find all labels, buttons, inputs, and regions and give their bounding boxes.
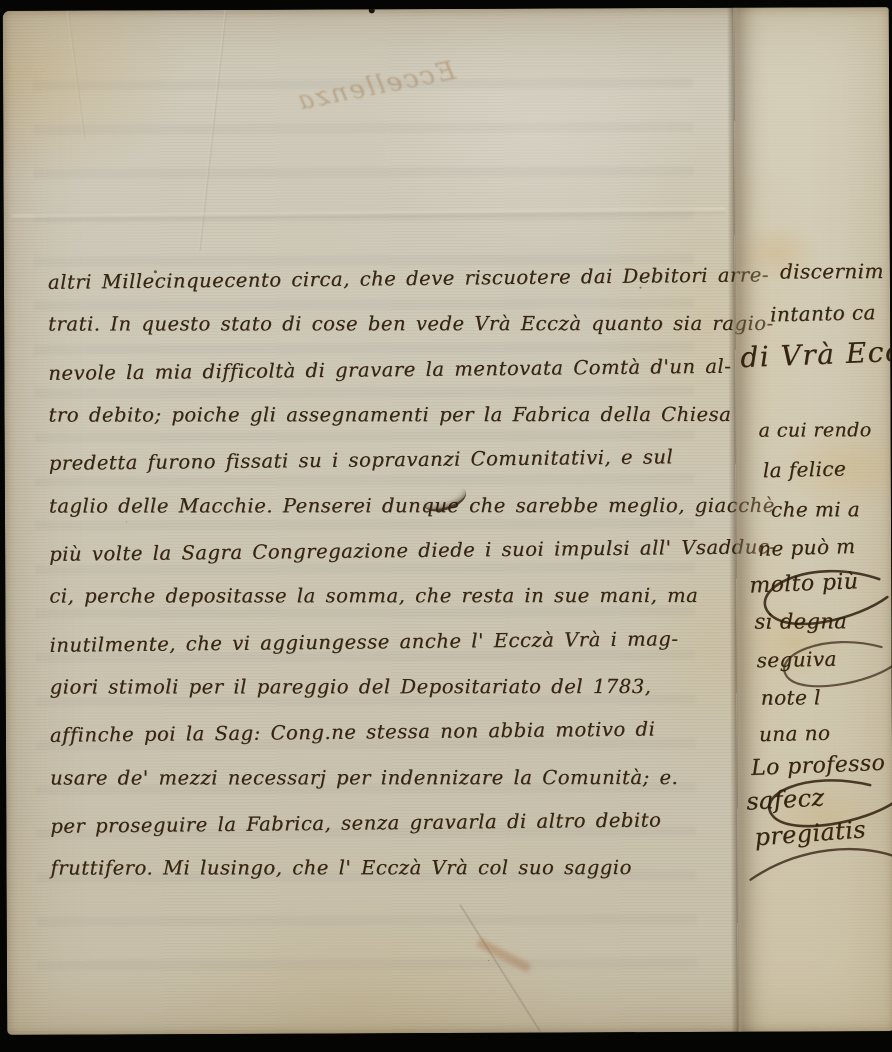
paper-edge-notch	[369, 7, 375, 13]
manuscript-line: fruttifero. Mi lusingo, che l' Ecczà Vrà…	[50, 845, 740, 891]
manuscript-line: trati. In questo stato di cose ben vede …	[48, 301, 738, 347]
manuscript-line: la felice	[763, 457, 847, 483]
manuscript-line: usare de' mezzi necessarj per indennizar…	[50, 755, 740, 801]
manuscript-line: molto più	[749, 569, 859, 598]
manuscript-line: intanto ca	[770, 300, 876, 326]
paper-crease	[67, 11, 85, 140]
manuscript-line: si degna	[754, 609, 847, 633]
manuscript-line: ne può m	[758, 534, 856, 561]
manuscript-line: più volte la Sagra Congregazione diede i…	[49, 525, 739, 578]
manuscript-line: a cui rendo	[759, 419, 872, 441]
manuscript-line: che mi a	[771, 497, 860, 521]
show-through-word: Eccellenza	[294, 56, 458, 117]
horizontal-fold-crease	[12, 208, 726, 221]
manuscript-line: note l	[761, 685, 821, 709]
manuscript-line: nevole la mia difficoltà di gravare la m…	[48, 343, 738, 396]
manuscript-line: per proseguire la Fabrica, senza gravarl…	[50, 797, 740, 850]
manuscript-line: taglio delle Macchie. Penserei dunque ch…	[49, 483, 739, 529]
manuscript-line: affinche poi la Sag: Cong.ne stessa non …	[50, 706, 740, 759]
manuscript-line: una no	[759, 721, 831, 747]
manuscript-line: safecz	[745, 783, 825, 815]
manuscript-line: tro debito; poiche gli assegnamenti per …	[49, 392, 739, 438]
letter-body-left-page: altri Millecinquecento circa, che deve r…	[48, 255, 741, 893]
manuscript-line: inutilmente, che vi aggiungesse anche l'…	[49, 615, 739, 668]
manuscript-line: discernim	[780, 259, 884, 283]
manuscript-line: seguiva	[756, 647, 837, 673]
letter-sheet: Eccellenza altri Millecinquecento circa,…	[3, 7, 892, 1035]
manuscript-line: ci, perche depositasse la somma, che res…	[49, 573, 739, 619]
manuscript-line: Lo professo	[751, 751, 886, 781]
manuscript-line: predetta furono fissati su i sopravanzi …	[49, 434, 739, 487]
manuscript-line: di Vrà Ecczà	[740, 333, 892, 374]
manuscript-photo: { "document": { "kind": "18th-century ha…	[0, 0, 892, 1052]
manuscript-line: giori stimoli per il pareggio del Deposi…	[50, 664, 740, 710]
manuscript-line: altri Millecinquecento circa, che deve r…	[48, 253, 738, 306]
rust-stain	[476, 938, 532, 973]
